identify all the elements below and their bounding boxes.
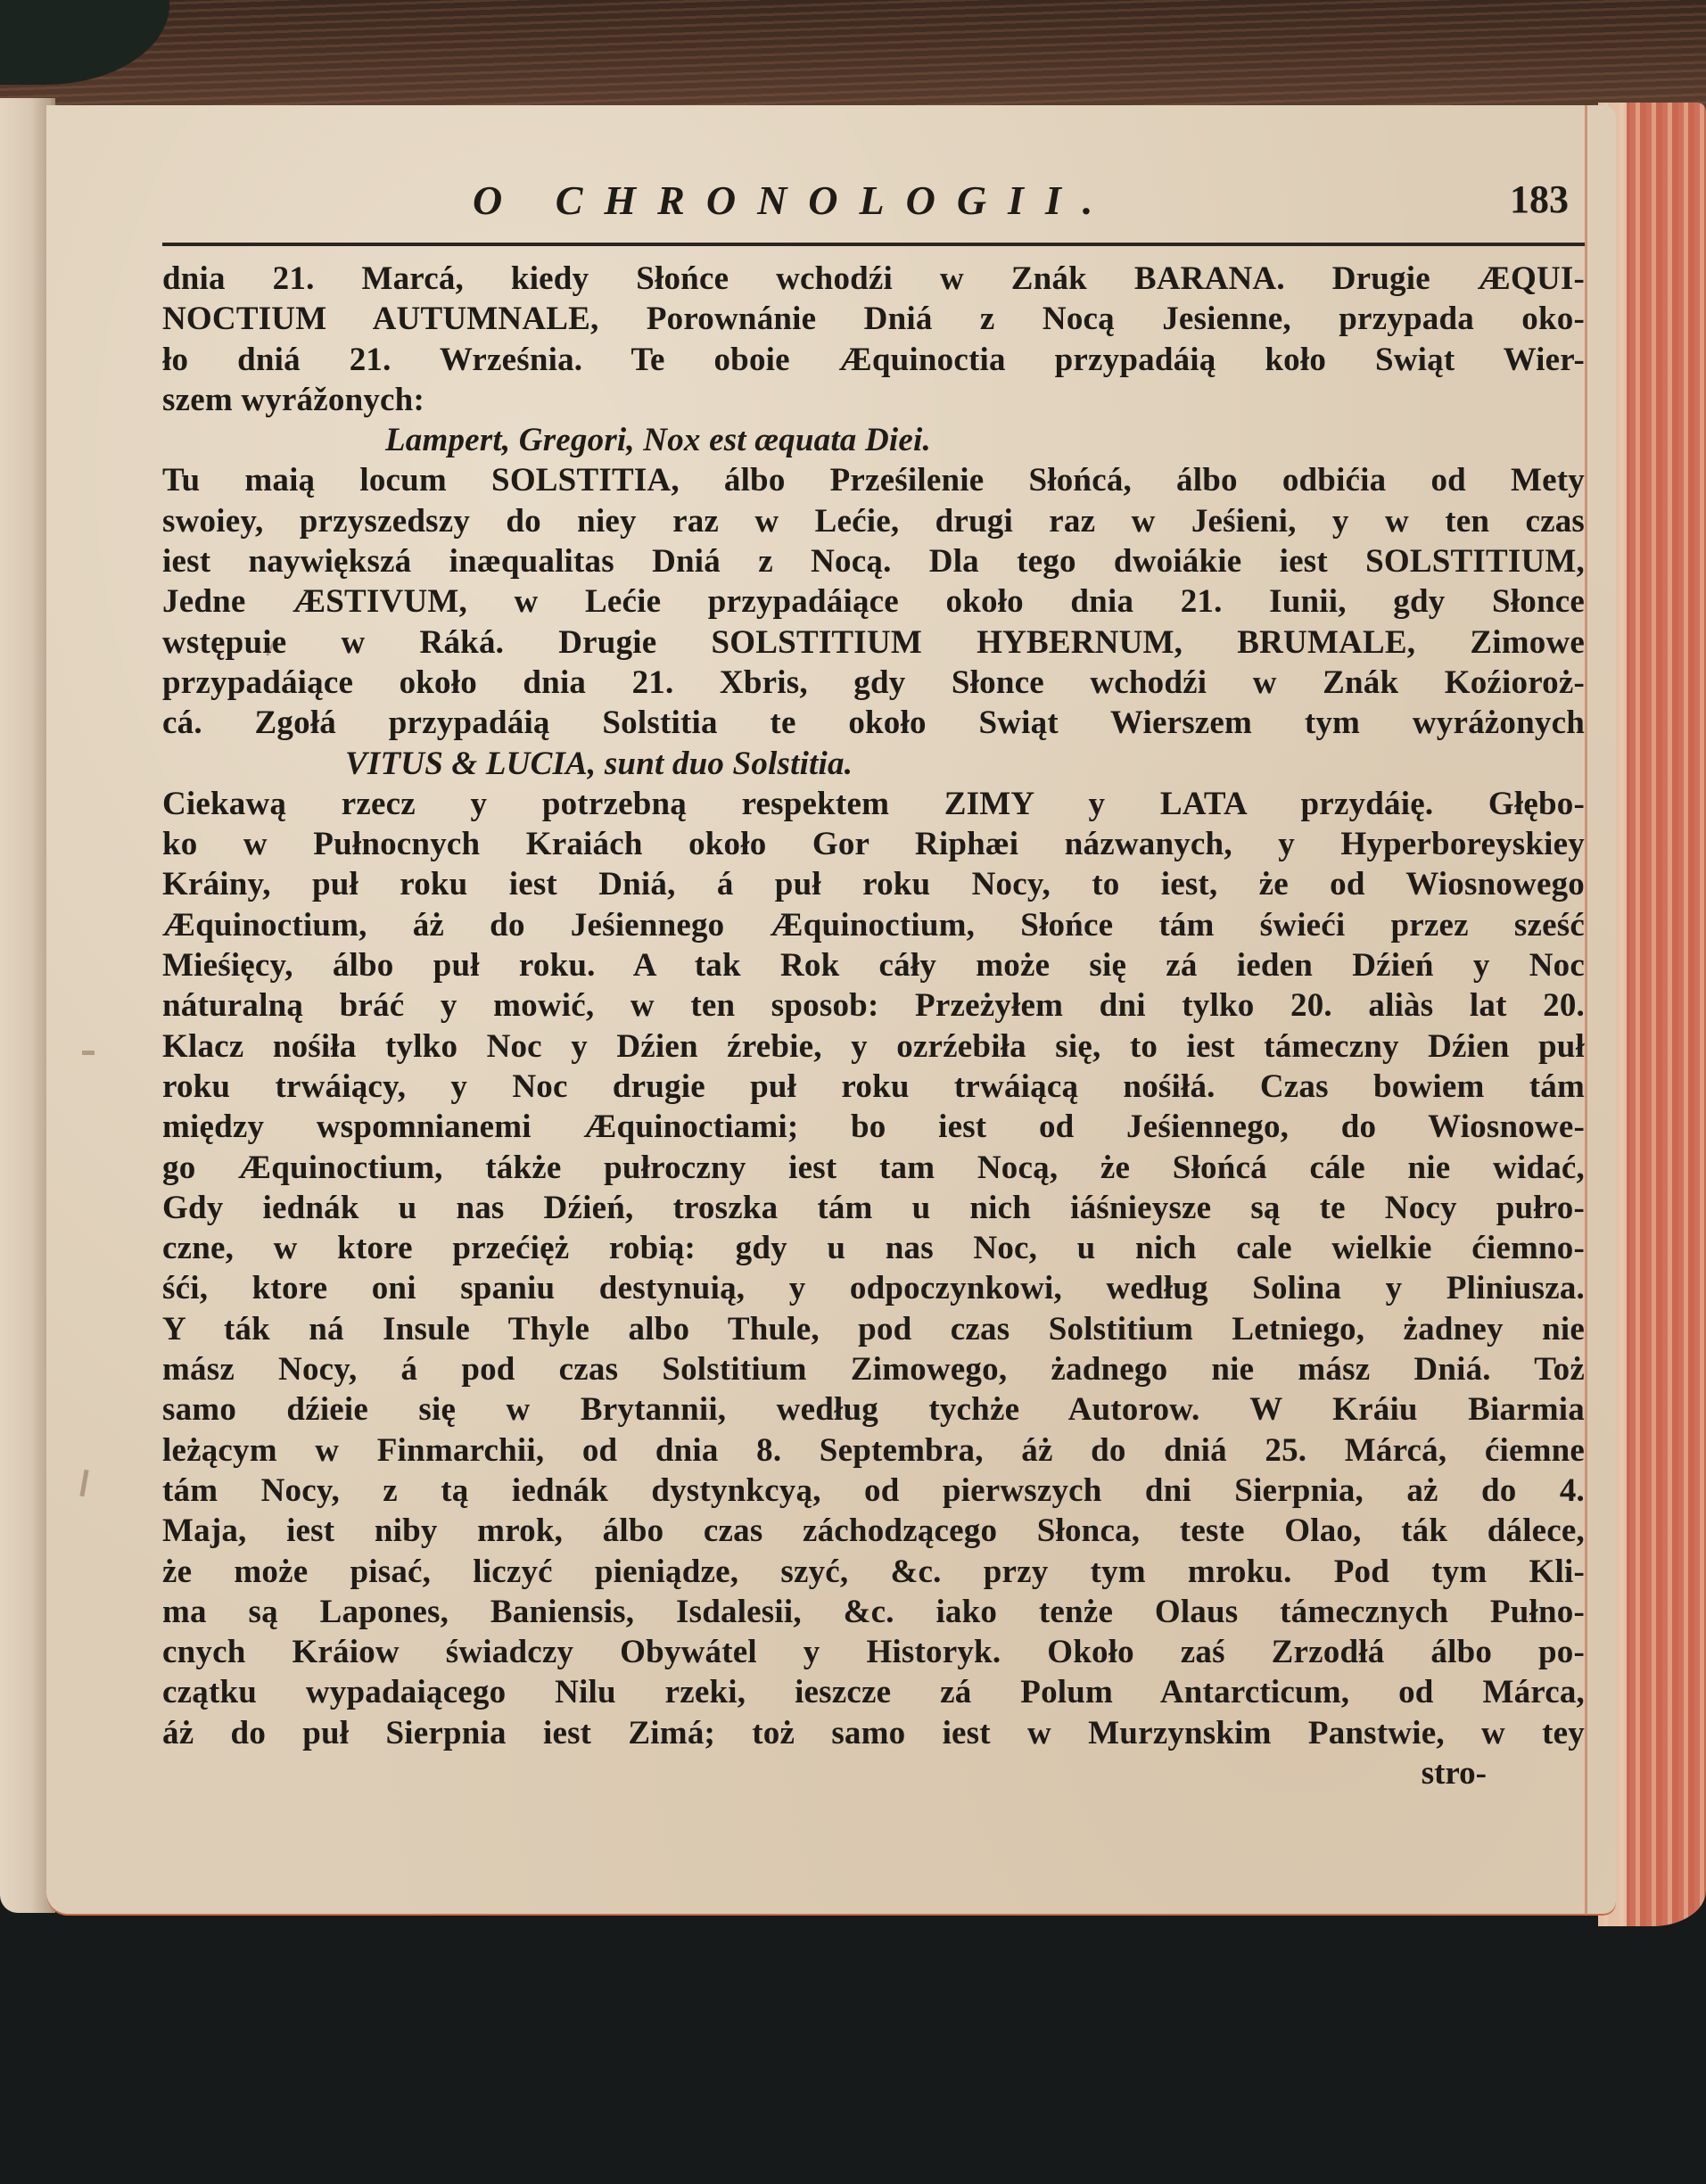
text-line: go Æquinoctium, tákże pułroczny iest tam… (162, 1148, 1585, 1188)
text-line: Ciekawą rzecz y potrzebną respektem ZIMY… (162, 784, 1585, 824)
text-line: iest naywiększá inæqualitas Dniá z Nocą.… (162, 541, 1585, 581)
text-line: náturalną bráć y mowić, w ten sposob: Pr… (162, 985, 1585, 1026)
wooden-surface-top (0, 0, 1706, 111)
catchword: stro- (162, 1753, 1585, 1793)
text-line: Tu maią locum SOLSTITIA, álbo Prześileni… (162, 460, 1585, 500)
text-line: cnych Kráiow świadczy Obywátel y History… (162, 1632, 1585, 1672)
text-line: áż do puł Sierpnia iest Zimá; toż samo i… (162, 1713, 1585, 1753)
text-line: cá. Zgołá przypadáią Solstitia te około … (162, 703, 1585, 743)
text-line: Klacz nośiła tylko Noc y Dźien źrebie, y… (162, 1026, 1585, 1067)
text-line: czne, w ktore przećięż robią: gdy u nas … (162, 1228, 1585, 1268)
text-line: mász Nocy, á pod czas Solstitium Zimoweg… (162, 1349, 1585, 1389)
text-line: Y ták ná Insule Thyle albo Thule, pod cz… (162, 1309, 1585, 1349)
text-line: ko w Pułnocnych Kraiách około Gor Riphæi… (162, 824, 1585, 864)
text-line: tám Nocy, z tą iednák dystynkcyą, od pie… (162, 1471, 1585, 1511)
text-line: czątku wypadaiącego Nilu rzeki, ieszcze … (162, 1672, 1585, 1712)
page-number: 183 (1510, 177, 1569, 222)
text-line: szem wyrážonych: (162, 380, 1585, 420)
page-header: O CHRONOLOGII. 183 (162, 177, 1585, 244)
running-title: O CHRONOLOGII. (473, 177, 1114, 224)
text-line: wstępuie w Ráká. Drugie SOLSTITIUM HYBER… (162, 622, 1585, 663)
text-line: między wspomnianemi Æquinoctiami; bo ies… (162, 1107, 1585, 1147)
text-line: ma są Lapones, Baniensis, Isdalesii, &c.… (162, 1592, 1585, 1632)
text-line: swoiey, przyszedszy do niey raz w Lećie,… (162, 501, 1585, 541)
verse-line: Lampert, Gregori, Nox est æquata Diei. (162, 420, 1585, 460)
text-line: dnia 21. Marcá, kiedy Słońce wchodźi w Z… (162, 259, 1585, 299)
text-line: przypadáiące około dnia 21. Xbris, gdy S… (162, 663, 1585, 703)
verse-line: VITUS & LUCIA, sunt duo Solstitia. (162, 744, 1585, 784)
body-text: dnia 21. Marcá, kiedy Słońce wchodźi w Z… (162, 259, 1585, 1753)
text-line: Jedne ÆSTIVUM, w Lećie przypadáiące okoł… (162, 581, 1585, 622)
text-line: NOCTIUM AUTUMNALE, Porownánie Dniá z Noc… (162, 299, 1585, 339)
text-line: roku trwáiący, y Noc drugie puł roku trw… (162, 1067, 1585, 1107)
text-line: Kráiny, puł roku iest Dniá, á puł roku N… (162, 864, 1585, 904)
header-rule (162, 243, 1585, 246)
text-line: ło dniá 21. Września. Te oboie Æquinocti… (162, 340, 1585, 380)
text-line: że może pisać, liczyć pieniądze, szyć, &… (162, 1552, 1585, 1592)
text-line: samo dźieie się w Brytannii, według tych… (162, 1389, 1585, 1430)
text-line: śći, ktore oni spaniu destynuią, y odpoc… (162, 1268, 1585, 1308)
text-line: Mieśięcy, álbo puł roku. A tak Rok cáły … (162, 945, 1585, 985)
text-line: leżącym w Finmarchii, od dnia 8. Septemb… (162, 1430, 1585, 1471)
text-line: Æquinoctium, áż do Jeśiennego Æquinoctiu… (162, 905, 1585, 945)
page-text: O CHRONOLOGII. 183 dnia 21. Marcá, kiedy… (162, 177, 1585, 1793)
text-line: Gdy iednák u nas Dźień, troszka tám u ni… (162, 1188, 1585, 1228)
text-line: Maja, iest niby mrok, álbo czas záchodzą… (162, 1511, 1585, 1551)
